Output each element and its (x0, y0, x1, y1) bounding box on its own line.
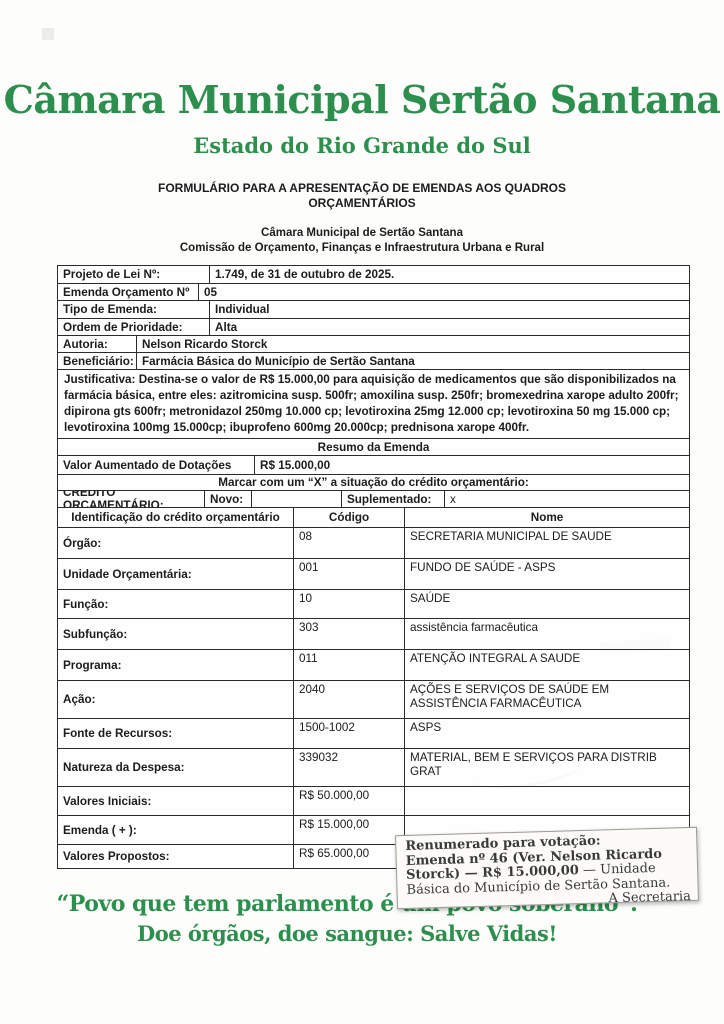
emenda-form-table: Projeto de Lei Nº: 1.749, de 31 de outub… (57, 265, 690, 869)
credito-label: CRÉDITO ORÇAMENTÁRIO: (58, 491, 204, 507)
resumo-header-row: Resumo da Emenda (58, 438, 689, 455)
id-header-codigo: Código (293, 508, 404, 527)
id-codigo: 08 (293, 528, 404, 558)
id-nome: SAÚDE (404, 590, 689, 618)
id-label: Unidade Orçamentária: (58, 559, 293, 589)
org-heading-line1: Câmara Municipal de Sertão Santana (62, 226, 662, 241)
letterhead-subtitle: Estado do Rio Grande do Sul (0, 134, 724, 158)
id-label: Emenda ( + ): (58, 816, 293, 844)
justificativa-text: Justificativa: Destina-se o valor de R$ … (58, 370, 689, 438)
id-nome: FUNDO DE SAÚDE - ASPS (404, 559, 689, 589)
id-codigo: R$ 65.000,00 (293, 845, 404, 868)
table-row: Ação: 2040 AÇÕES E SERVIÇOS DE SAÚDE EM … (58, 680, 689, 718)
credito-novo-checkbox (251, 491, 341, 507)
field-value: Alta (209, 319, 689, 335)
table-row: Fonte de Recursos: 1500-1002 ASPS (58, 718, 689, 748)
table-row: Natureza da Despesa: 339032 MATERIAL, BE… (58, 748, 689, 786)
id-label: Subfunção: (58, 619, 293, 649)
table-row: Valores Iniciais: R$ 50.000,00 (58, 786, 689, 815)
id-header-row: Identificação do crédito orçamentário Có… (58, 507, 689, 527)
id-nome: assistência farmacêutica (404, 619, 689, 649)
table-row: Órgão: 08 SECRETARIA MUNICIPAL DE SAUDE (58, 527, 689, 558)
table-row: Emenda Orçamento Nº 05 (58, 283, 689, 300)
id-nome: ASPS (404, 719, 689, 748)
resumo-header: Resumo da Emenda (58, 439, 689, 455)
field-value: Individual (209, 301, 689, 318)
valor-label: Valor Aumentado de Dotações (58, 456, 254, 474)
field-value: Farmácia Básica do Município de Sertão S… (136, 353, 689, 369)
id-nome: ATENÇÃO INTEGRAL A SAUDE (404, 650, 689, 680)
id-nome: AÇÕES E SERVIÇOS DE SAÚDE EM ASSISTÊNCIA… (404, 681, 689, 718)
id-label: Valores Propostos: (58, 845, 293, 868)
secretariat-stamp-note: Renumerado para votação: Emenda nº 46 (V… (395, 827, 699, 909)
id-label: Programa: (58, 650, 293, 680)
footer-quote-line2: Doe órgãos, doe sangue: Salve Vidas! (5, 919, 689, 949)
id-codigo: 001 (293, 559, 404, 589)
form-title-line2: ORÇAMENTÁRIOS (62, 196, 662, 211)
id-header-identificacao: Identificação do crédito orçamentário (58, 508, 293, 527)
id-nome: MATERIAL, BEM E SERVIÇOS PARA DISTRIB GR… (404, 749, 689, 786)
table-row: Ordem de Prioridade: Alta (58, 318, 689, 335)
field-label: Emenda Orçamento Nº (58, 284, 198, 300)
form-title-line1: FORMULÁRIO PARA A APRESENTAÇÃO DE EMENDA… (62, 181, 662, 196)
table-row: Função: 10 SAÚDE (58, 589, 689, 618)
id-codigo: 011 (293, 650, 404, 680)
org-heading: Câmara Municipal de Sertão Santana Comis… (62, 226, 662, 256)
valor-row: Valor Aumentado de Dotações R$ 15.000,00 (58, 455, 689, 474)
id-codigo: 2040 (293, 681, 404, 718)
table-row: Beneficiário: Farmácia Básica do Municíp… (58, 352, 689, 369)
id-codigo: 1500-1002 (293, 719, 404, 748)
scan-artifact-corner (42, 28, 54, 40)
id-codigo: R$ 15.000,00 (293, 816, 404, 844)
id-label: Ação: (58, 681, 293, 718)
id-nome: SECRETARIA MUNICIPAL DE SAUDE (404, 528, 689, 558)
id-codigo: R$ 50.000,00 (293, 787, 404, 815)
id-codigo: 339032 (293, 749, 404, 786)
id-nome (404, 787, 689, 815)
id-codigo: 303 (293, 619, 404, 649)
justificativa-row: Justificativa: Destina-se o valor de R$ … (58, 369, 689, 438)
table-row: Projeto de Lei Nº: 1.749, de 31 de outub… (58, 266, 689, 283)
id-label: Fonte de Recursos: (58, 719, 293, 748)
field-label: Autoria: (58, 336, 136, 352)
field-label: Beneficiário: (58, 353, 136, 369)
id-label: Valores Iniciais: (58, 787, 293, 815)
id-header-nome: Nome (404, 508, 689, 527)
id-label: Natureza da Despesa: (58, 749, 293, 786)
credito-novo-label: Novo: (204, 491, 251, 507)
field-value: 1.749, de 31 de outubro de 2025. (209, 266, 689, 283)
letterhead-title: Câmara Municipal Sertão Santana (0, 78, 724, 122)
table-row: Autoria: Nelson Ricardo Storck (58, 335, 689, 352)
field-value: Nelson Ricardo Storck (136, 336, 689, 352)
field-value: 05 (198, 284, 689, 300)
id-label: Função: (58, 590, 293, 618)
id-codigo: 10 (293, 590, 404, 618)
field-label: Projeto de Lei Nº: (58, 266, 209, 283)
table-row: Programa: 011 ATENÇÃO INTEGRAL A SAUDE (58, 649, 689, 680)
valor-value: R$ 15.000,00 (254, 456, 689, 474)
credito-suplementado-label: Suplementado: (341, 491, 444, 507)
credito-suplementado-checkbox: x (444, 491, 689, 507)
table-row: Subfunção: 303 assistência farmacêutica (58, 618, 689, 649)
field-label: Ordem de Prioridade: (58, 319, 209, 335)
marcar-header: Marcar com um “X” a situação do crédito … (58, 475, 689, 490)
org-heading-line2: Comissão de Orçamento, Finanças e Infrae… (62, 241, 662, 256)
table-row: Unidade Orçamentária: 001 FUNDO DE SAÚDE… (58, 558, 689, 589)
credito-row: CRÉDITO ORÇAMENTÁRIO: Novo: Suplementado… (58, 490, 689, 507)
table-row: Tipo de Emenda: Individual (58, 300, 689, 318)
id-label: Órgão: (58, 528, 293, 558)
form-title: FORMULÁRIO PARA A APRESENTAÇÃO DE EMENDA… (62, 181, 662, 211)
marcar-header-row: Marcar com um “X” a situação do crédito … (58, 474, 689, 490)
field-label: Tipo de Emenda: (58, 301, 209, 318)
